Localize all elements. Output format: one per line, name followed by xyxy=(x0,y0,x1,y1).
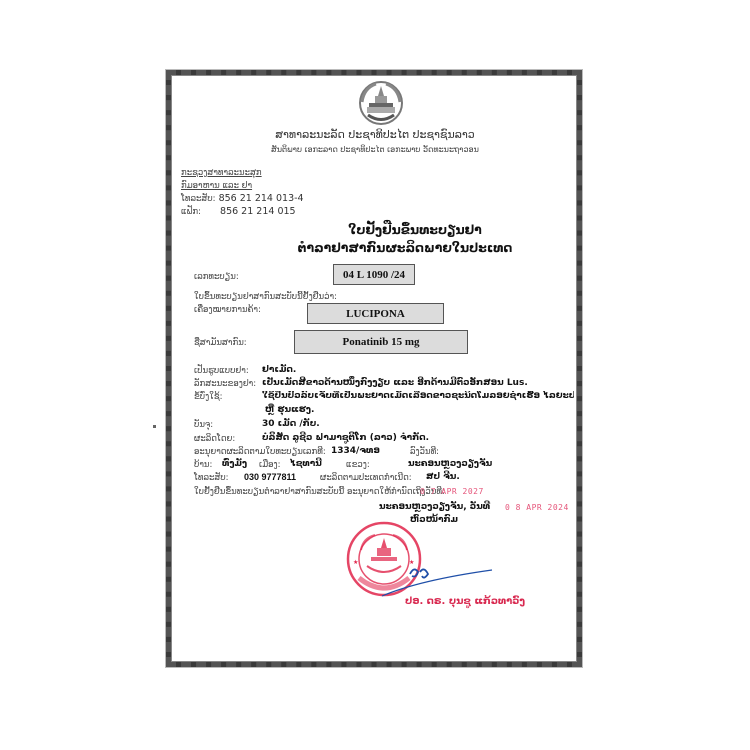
place-date: ນະຄອນຫຼວງວຽງຈັນ, ວັນທີ xyxy=(379,502,490,512)
dosage-form-value: ຢາເມັດ. xyxy=(262,365,296,375)
registration-number-label: ເລກທະບຽນ: xyxy=(194,272,239,282)
generic-name: Ponatinib 15 mg xyxy=(342,336,419,348)
signature-icon xyxy=(380,560,495,600)
origin-country-label: ຜະລິດຕາມປະເທດກຳເນີດ: xyxy=(320,473,412,483)
ministry-name: ກະຊວງສາທາລະນະສຸກ xyxy=(181,168,262,178)
district-label: ເມືອງ: xyxy=(259,460,281,470)
pack-size-value: 30 ເມັດ /ກັບ. xyxy=(262,419,320,429)
brand-label: ເຄື່ອງໝາຍການຄ້າ: xyxy=(194,305,261,315)
country-name: ສາທາລະນະລັດ ປະຊາທິປະໄຕ ປະຊາຊົນລາວ xyxy=(0,128,750,141)
origin-country-value: ສປ ຈີນ. xyxy=(426,472,460,482)
expiry-date-stamp: 0 7 APR 2027 xyxy=(420,487,484,496)
indication-label: ຂໍ້ບົ່ງໃຊ້: xyxy=(194,392,223,402)
generic-name-label: ຊື່ສາມັນສາກົນ: xyxy=(194,338,247,348)
certificate-title-line2: ຕຳລາຢາສາກົນຜະລິດພາຍໃນປະເທດ xyxy=(0,240,750,255)
national-motto: ສັນຕິພາບ ເອກະລາດ ປະຊາທິປະໄຕ ເອກະພາບ ວັດທ… xyxy=(0,145,750,154)
signer-name: ປອ. ດຣ. ບຸນຊູ ແກ້ວທາວົງ xyxy=(405,596,525,607)
description-value: ເປັນເມັດສີຂາວດ້ານໜຶ່ງກົງງຽບ ແລະ ອີກດ້ານມ… xyxy=(262,378,528,388)
issue-date-stamp: 0 8 APR 2024 xyxy=(505,503,569,512)
registration-number-box: 04 L 1090 /24 xyxy=(333,264,415,285)
manufacturer-label: ຜະລິດໂດຍ: xyxy=(194,434,235,444)
certificate-title-line1: ໃບຢັ້ງຢືນຂຶ້ນທະບຽນຢາ xyxy=(0,222,750,237)
issuer-phone-label: ໂທລະສັບ: xyxy=(181,194,216,204)
manufacturer-value: ບໍລິສັດ ລູຊີວ ຟາມາຊູຕິໂກ (ລາວ) ຈຳກັດ. xyxy=(262,433,429,443)
license-date-label: ລົງວັນທີ: xyxy=(410,447,439,457)
dosage-form-label: ເປັນຮູບແບບຢາ: xyxy=(194,366,249,376)
generic-name-box: Ponatinib 15 mg xyxy=(294,330,468,354)
province-label: ແຂວງ: xyxy=(346,460,370,470)
province-value: ນະຄອນຫຼວງວຽງຈັນ xyxy=(408,459,492,469)
brand-name: LUCIPONA xyxy=(346,308,405,320)
indication-value: ໃຊ້ປິ່ນປົວລົບເຈັບທີ່ເປັນພະຍາດເມັດເລືອດຂາ… xyxy=(262,391,574,401)
issuer-phone-row: ໂທລະສັບ: 856 21 214 013-4 xyxy=(181,193,304,204)
department-name: ກົມອາຫານ ແລະ ຢາ xyxy=(181,181,252,191)
validity-label: ໃບຢັ້ງຢືນຂຶ້ນທະບຽນຕຳລາຢາສາກົນສະບັບນີ້ ອະ… xyxy=(194,487,445,497)
lao-emblem-icon xyxy=(358,80,404,126)
registration-intro: ໃບຂຶ້ນທະບຽນຢາສາກົນສະບັບນີ້ຢັ້ງຢືນວ່າ: xyxy=(194,292,337,302)
village-value: ທົ່ງມັງ xyxy=(222,459,247,469)
indication-value-cont: ຫຼື ຮຸນແຮງ. xyxy=(265,405,314,415)
issuer-fax-row: ແຟັກ: 856 21 214 015 xyxy=(181,206,296,217)
license-label: ອະນຸຍາດຜະລິດຕາມໃບທະບຽນເລກທີ: xyxy=(194,447,326,457)
district-value: ໄຊທານີ xyxy=(290,459,322,469)
village-label: ບ້ານ: xyxy=(194,460,212,470)
license-number: 1334/ຈທອ xyxy=(331,446,380,456)
registration-number: 04 L 1090 /24 xyxy=(343,269,405,281)
scan-speck xyxy=(153,425,156,428)
issuer-phone: 856 21 214 013-4 xyxy=(219,193,304,204)
pack-size-label: ບັນຈຸ: xyxy=(194,420,213,430)
factory-phone-label: ໂທລະສັບ: xyxy=(194,473,229,483)
issuer-fax-label: ແຟັກ: xyxy=(181,207,217,217)
issuer-fax: 856 21 214 015 xyxy=(220,206,296,217)
svg-text:★: ★ xyxy=(353,559,358,566)
factory-phone-value: 030 9777811 xyxy=(244,472,296,482)
brand-box: LUCIPONA xyxy=(307,303,444,324)
description-label: ລັກສະນະຂອງຢາ: xyxy=(194,379,256,389)
